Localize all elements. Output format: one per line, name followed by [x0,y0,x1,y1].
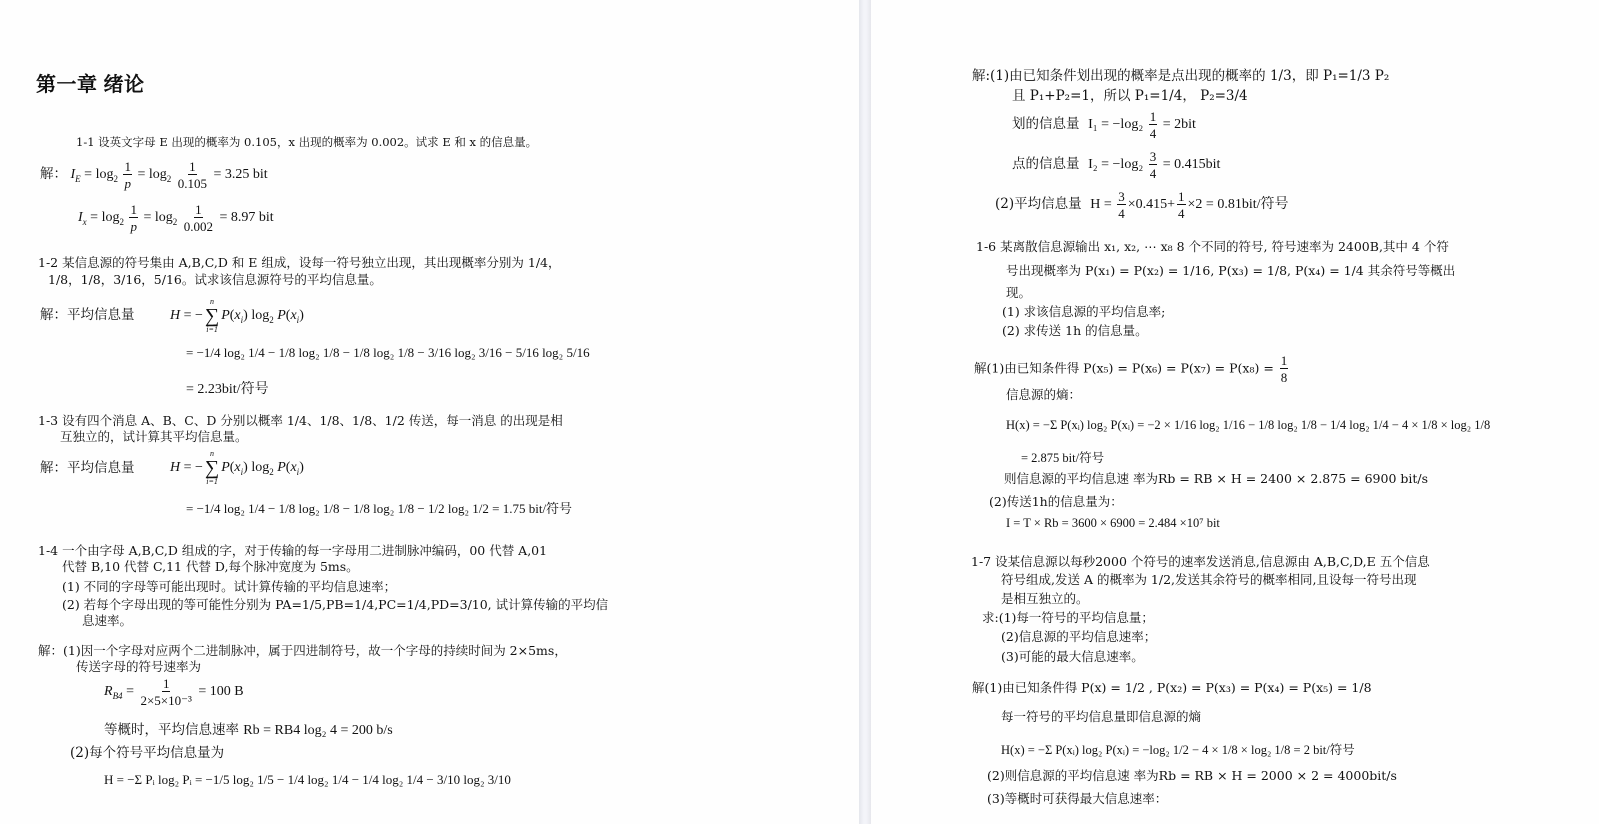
problem-1-1-question: 1-1 设英文字母 E 出现的概率为 0.105，x 出现的概率为 0.002。… [76,134,537,151]
problem-1-2-result: = 2.23bit/符号 [186,378,269,398]
problem-1-3-question-line2: 互独立的，试计算其平均信息量。 [60,428,248,445]
problem-1-6-question-line1: 1-6 某离散信息源输出 x₁, x₂, ⋯ x₈ 8 个不同的符号, 符号速率… [976,238,1449,255]
problem-1-5-dash-info: 划的信息量 I₁ = −log₂ 14 = 2bit [1012,110,1196,140]
problem-1-6-entropy-label: 信息源的熵： [1006,386,1081,403]
problem-1-4-sub2-line2: 息速率。 [82,612,132,629]
problem-1-4-question-line2: 代替 B,10 代替 C,11 代替 D,每个脉冲宽度为 5ms。 [62,558,359,575]
page-gutter [859,0,871,824]
problem-1-7-ask1: 求:(1)每一符号的平均信息量； [982,609,1154,626]
problem-1-7-question-line2: 符号组成,发送 A 的概率为 1/2,发送其余符号的概率相同,且设每一符号出现 [1001,571,1417,588]
problem-1-4-rate-line: 等概时，平均信息速率 Rb = RB4 log₂ 4 = 200 b/s [104,718,393,739]
document-page-left: 第一章 绪论 1-1 设英文字母 E 出现的概率为 0.105，x 出现的概率为… [0,0,859,824]
problem-1-4-question-line1: 1-4 一个由字母 A,B,C,D 组成的字，对于传输的每一字母用二进制脉冲编码… [38,542,547,559]
problem-1-5-average-info: (2)平均信息量 H = 34×0.415+14×2 = 0.81bit/符号 [995,190,1289,220]
problem-1-6-question-line3: 现。 [1006,284,1031,301]
problem-1-1-solution-line2: Ix = log2 1p = log2 10.002 = 8.97 bit [78,203,274,233]
problem-1-2-formula: H = −n∑i=1P(xi) log2 P(xi) [170,298,304,334]
problem-1-2-expansion: = −1/4 log₂ 1/4 − 1/8 log₂ 1/8 − 1/8 log… [186,345,590,361]
problem-1-2-question-line2: 1/8，1/8，3/16，5/16。试求该信息源符号的平均信息量。 [48,271,382,288]
problem-1-6-sub2: (2) 求传送 1h 的信息量。 [1002,322,1148,339]
problem-1-5-solution-line2: 且 P₁+P₂=1，所以 P₁=1/4， P₂=3/4 [1012,84,1248,104]
problem-1-6-part2-label: (2)传送1h的信息量为： [989,493,1123,510]
problem-1-4-part2-label: (2)每个符号平均信息量为 [70,741,224,761]
problem-1-6-rate-line: 则信息源的平均信息速 率为Rb = RB × H = 2400 × 2.875 … [1004,470,1428,487]
problem-1-5-solution-line1: 解:(1)由已知条件划出现的概率是点出现的概率的 1/3，即 P₁=1/3 P₂ [972,64,1389,84]
problem-1-7-ask2: (2)信息源的平均信息速率； [1001,628,1156,645]
document-page-right: 解:(1)由已知条件划出现的概率是点出现的概率的 1/3，即 P₁=1/3 P₂… [871,0,1599,824]
problem-1-7-rate-line: (2)则信息源的平均信息速 率为Rb = RB × H = 2000 × 2 =… [987,767,1397,784]
problem-1-5-dot-info: 点的信息量 I₂ = −log₂ 34 = 0.415bit [1012,150,1220,180]
problem-1-7-max-rate-line: (3)等概时可获得最大信息速率： [987,790,1167,807]
problem-1-3-expansion: = −1/4 log₂ 1/4 − 1/8 log₂ 1/8 − 1/8 log… [186,498,572,517]
problem-1-6-question-line2: 号出现概率为 P(x₁) = P(x₂) = 1/16, P(x₃) = 1/8… [1006,262,1455,279]
problem-1-4-solution-line2: 传送字母的符号速率为 [76,658,201,675]
problem-1-7-entropy-formula: H(x) = −Σ P(xᵢ) log₂ P(xᵢ) = −log₂ 1/2 −… [1001,740,1355,758]
problem-1-6-solution-line1: 解(1)由已知条件得 P(x₅) = P(x₆) = P(x₇) = P(x₈)… [974,354,1290,384]
problem-1-4-rb4-formula: RB4 = 12×5×10⁻³ = 100 B [104,677,244,707]
problem-1-1-solution-line1: 解： IE = log2 1p = log2 10.105 = 3.25 bit [40,160,268,190]
chapter-title: 第一章 绪论 [36,68,145,97]
problem-1-6-sub1: (1) 求该信息源的平均信息率; [1002,303,1165,320]
problem-1-2-question-line1: 1-2 某信息源的符号集由 A,B,C,D 和 E 组成，设每一符号独立出现，其… [38,254,561,271]
problem-1-7-solution-line1: 解(1)由已知条件得 P(x) = 1/2 , P(x₂) = P(x₃) = … [972,679,1372,696]
problem-1-4-solution-line1: 解：(1)因一个字母对应两个二进制脉冲，属于四进制符号，故一个字母的持续时间为 … [38,642,567,659]
problem-1-4-part2-formula: H = −Σ Pᵢ log₂ Pᵢ = −1/5 log₂ 1/5 − 1/4 … [104,772,511,788]
problem-1-6-entropy-result: = 2.875 bit/符号 [1021,448,1104,466]
problem-1-7-ask3: (3)可能的最大信息速率。 [1001,648,1144,665]
problem-1-3-solution-label: 解：平均信息量 [40,456,135,476]
problem-1-7-question-line1: 1-7 设某信息源以每秒2000 个符号的速率发送消息,信息源由 A,B,C,D… [971,553,1430,570]
problem-1-3-question-line1: 1-3 设有四个消息 A、B、C、D 分别以概率 1/4、1/8、1/8、1/2… [38,412,563,429]
problem-1-6-entropy-formula: H(x) = −Σ P(xᵢ) log₂ P(xᵢ) = −2 × 1/16 l… [1006,418,1490,433]
problem-1-4-sub1: (1) 不同的字母等可能出现时。试计算传输的平均信息速率； [62,578,396,595]
problem-1-3-formula: H = −n∑i=1P(xi) log2 P(xi) [170,450,304,486]
problem-1-4-sub2-line1: (2) 若每个字母出现的等可能性分别为 PA=1/5,PB=1/4,PC=1/4… [62,596,608,613]
problem-1-7-question-line3: 是相互独立的。 [1001,590,1089,607]
problem-1-6-part2-formula: I = T × Rb = 3600 × 6900 = 2.484 ×10⁷ bi… [1006,516,1220,531]
problem-1-7-solution-line2: 每一符号的平均信息量即信息源的熵 [1001,708,1201,725]
problem-1-2-solution-label: 解：平均信息量 [40,303,135,323]
